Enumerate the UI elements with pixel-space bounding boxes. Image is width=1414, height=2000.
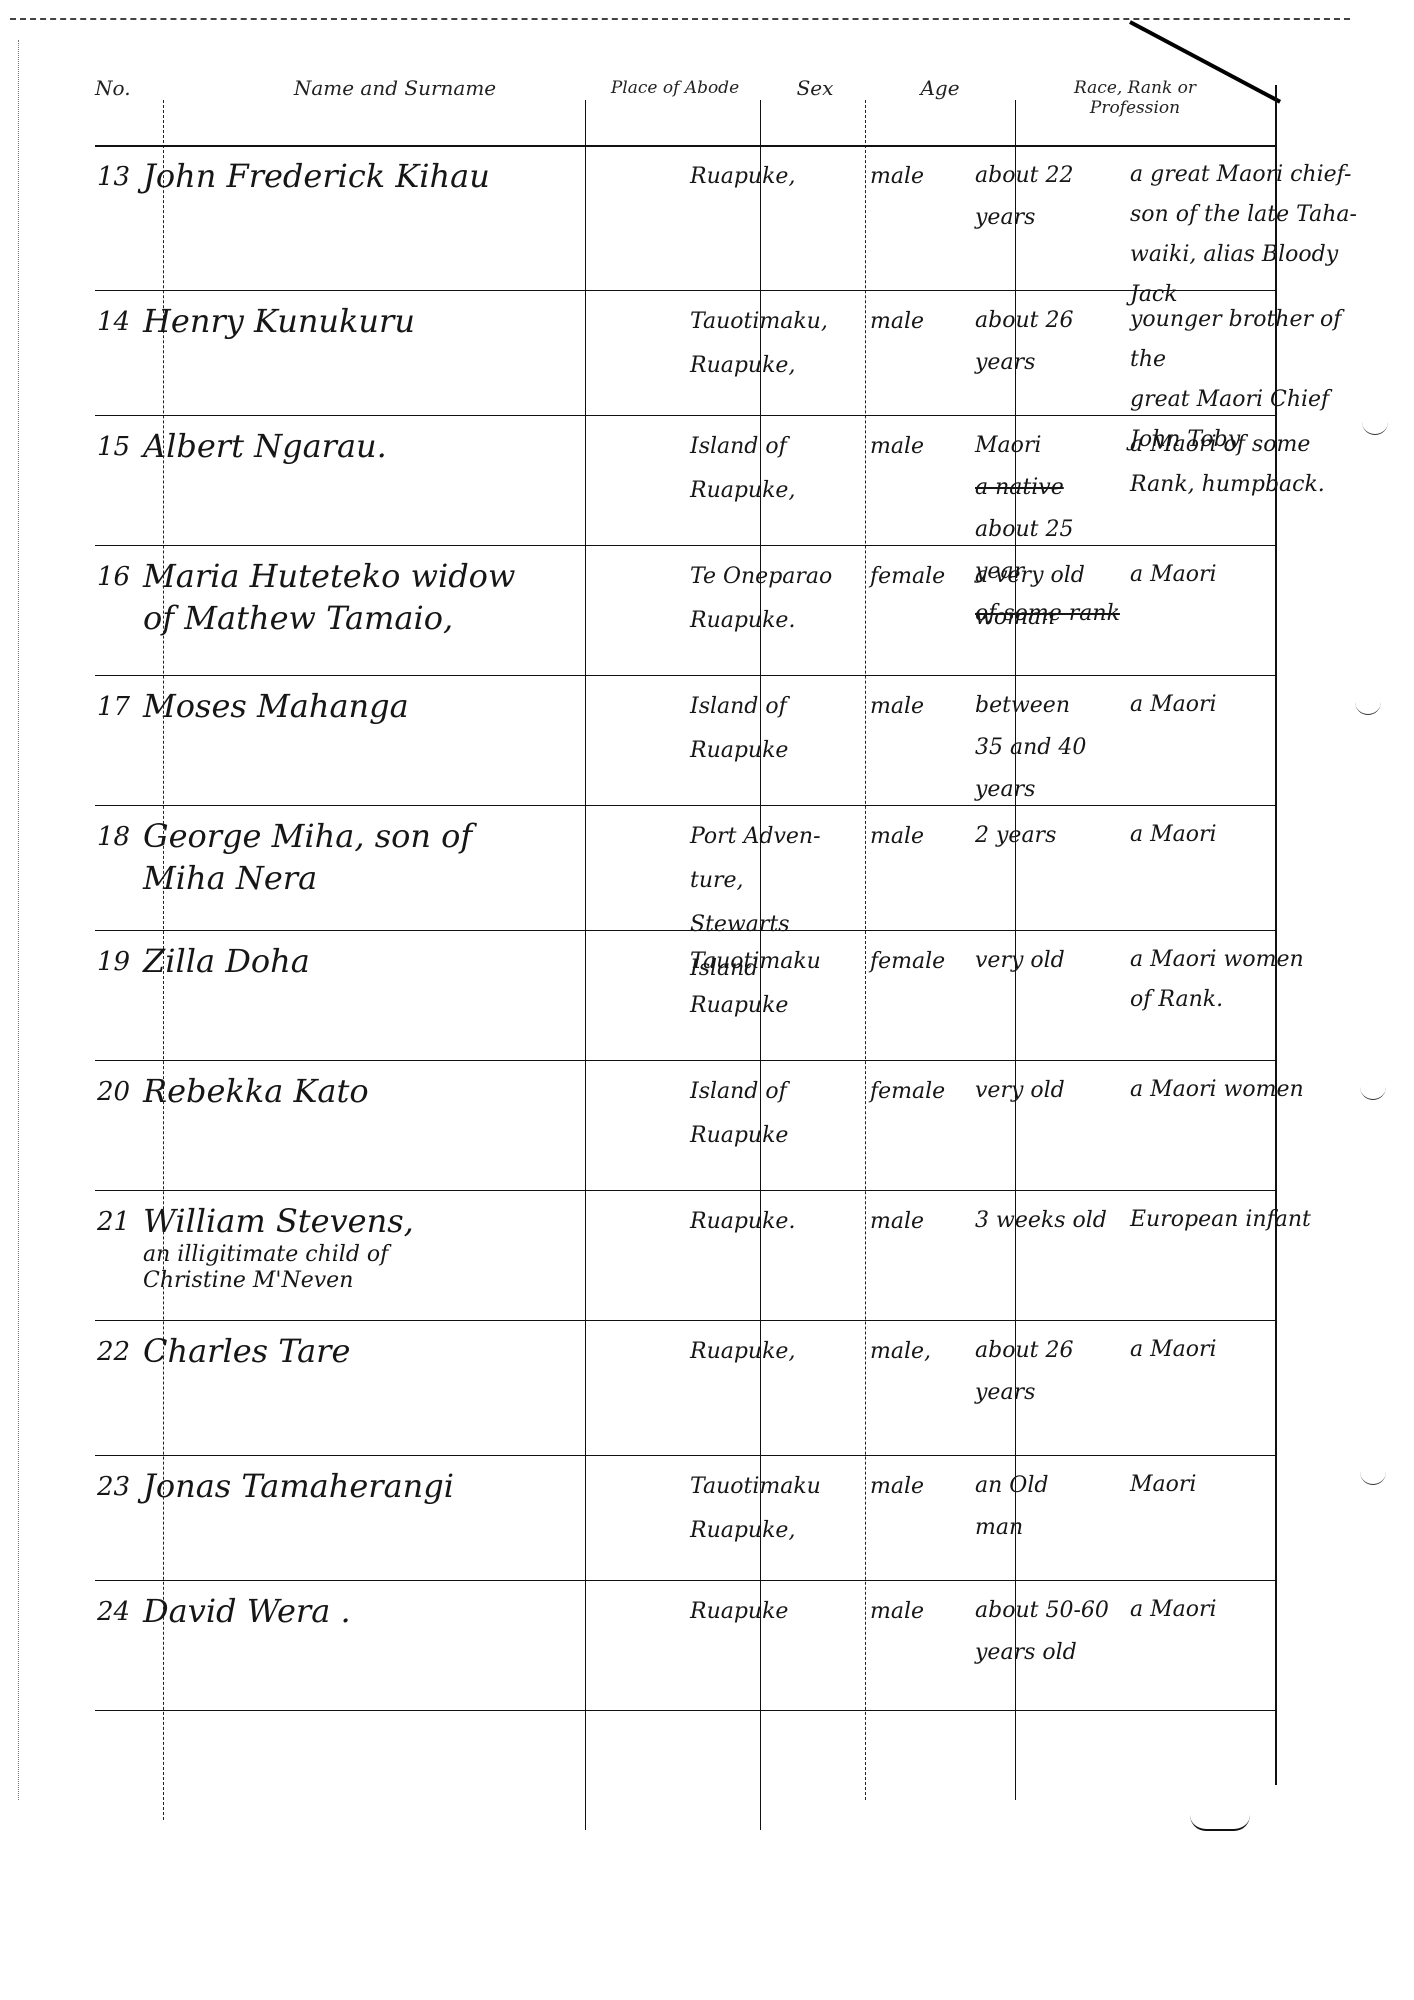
entry-name: John Frederick Kihau xyxy=(143,155,663,197)
entry-sex: male xyxy=(870,425,965,469)
register-row: 16 Maria Huteteko widow of Mathew Tamaio… xyxy=(95,545,1275,676)
header-age: Age xyxy=(885,78,995,98)
entry-name: Zilla Doha xyxy=(143,940,663,982)
entry-name: Moses Mahanga xyxy=(143,685,663,727)
register-row: 14 Henry Kunukuru Tauotimaku, Ruapuke, m… xyxy=(95,290,1275,416)
entry-number: 17 xyxy=(97,685,127,729)
entry-abode: Ruapuke. xyxy=(690,1200,850,1244)
entry-number: 13 xyxy=(97,155,127,199)
register-row: 19 Zilla Doha Tauotimaku Ruapuke female … xyxy=(95,930,1275,1061)
entry-sex: male xyxy=(870,1200,965,1244)
register-row: 17 Moses Mahanga Island of Ruapuke male … xyxy=(95,675,1275,806)
entry-age: an Old man xyxy=(975,1465,1120,1549)
entry-name: Charles Tare xyxy=(143,1330,663,1372)
entry-abode: Ruapuke, xyxy=(690,1330,850,1374)
entry-abode: Ruapuke, xyxy=(690,155,850,199)
left-margin-rule xyxy=(18,40,19,1800)
header-name: Name and Surname xyxy=(215,78,575,98)
entry-rank: a Maori xyxy=(1130,1330,1380,1370)
register-row: 13 John Frederick Kihau Ruapuke, male ab… xyxy=(95,145,1275,291)
header-abode: Place of Abode xyxy=(595,78,755,98)
register-row: 23 Jonas Tamaherangi Tauotimaku Ruapuke,… xyxy=(95,1455,1275,1581)
entry-abode: Island of Ruapuke xyxy=(690,1070,850,1158)
entry-name: Albert Ngarau. xyxy=(143,425,663,467)
entry-number: 23 xyxy=(97,1465,127,1509)
entry-name: William Stevens,an illigitimate child of… xyxy=(143,1200,663,1294)
entry-name: Henry Kunukuru xyxy=(143,300,663,342)
entry-name: Maria Huteteko widow of Mathew Tamaio, xyxy=(143,555,663,639)
entry-age: about 26 years xyxy=(975,300,1120,384)
entry-abode: Te Oneparao Ruapuke. xyxy=(690,555,850,643)
entry-age: a very old woman xyxy=(975,555,1120,639)
scanned-register-page: No. Name and Surname Place of Abode Sex … xyxy=(0,0,1414,2000)
entry-sex: male xyxy=(870,685,965,729)
entry-rank: European infant xyxy=(1130,1200,1380,1240)
entry-name: David Wera . xyxy=(143,1590,663,1632)
entry-age: very old xyxy=(975,940,1120,982)
entry-sex: male xyxy=(870,155,965,199)
entry-sex: male xyxy=(870,300,965,344)
entry-rank: a Maori of some Rank, humpback. xyxy=(1130,425,1380,505)
entry-number: 14 xyxy=(97,300,127,344)
entry-name: George Miha, son of Miha Nera xyxy=(143,815,663,899)
entry-abode: Island of Ruapuke xyxy=(690,685,850,773)
scan-edge-artifact xyxy=(10,18,1350,22)
entry-age: between 35 and 40 years xyxy=(975,685,1120,811)
entry-rank: a Maori women of Rank. xyxy=(1130,940,1380,1020)
register-header: No. Name and Surname Place of Abode Sex … xyxy=(95,70,1275,147)
age-struck-text: a native xyxy=(975,467,1120,509)
entry-number: 19 xyxy=(97,940,127,984)
register-row: 24 David Wera . Ruapuke male about 50-60… xyxy=(95,1580,1275,1711)
header-num: No. xyxy=(95,78,125,98)
entry-sex: female xyxy=(870,940,965,984)
entry-age: about 26 years xyxy=(975,1330,1120,1414)
register-row: 22 Charles Tare Ruapuke, male, about 26 … xyxy=(95,1320,1275,1456)
register-row: 20 Rebekka Kato Island of Ruapuke female… xyxy=(95,1060,1275,1191)
entry-abode: Tauotimaku Ruapuke xyxy=(690,940,850,1028)
header-sex: Sex xyxy=(770,78,860,98)
register-row: 15 Albert Ngarau. Island of Ruapuke, mal… xyxy=(95,415,1275,546)
entry-abode: Tauotimaku Ruapuke, xyxy=(690,1465,850,1553)
entry-sex: male xyxy=(870,1590,965,1634)
entry-abode: Island of Ruapuke, xyxy=(690,425,850,513)
entry-number: 18 xyxy=(97,815,127,859)
entry-abode: Ruapuke xyxy=(690,1590,850,1634)
entry-name: Rebekka Kato xyxy=(143,1070,663,1112)
entry-age: very old xyxy=(975,1070,1120,1112)
entry-sex: female xyxy=(870,555,965,599)
register-row: 21 William Stevens,an illigitimate child… xyxy=(95,1190,1275,1321)
entry-age: 3 weeks old xyxy=(975,1200,1120,1242)
entry-rank: Maori xyxy=(1130,1465,1380,1505)
entry-sex: female xyxy=(870,1070,965,1114)
register-row: 18 George Miha, son of Miha Nera Port Ad… xyxy=(95,805,1275,931)
entry-sex: male, xyxy=(870,1330,965,1374)
entry-abode: Tauotimaku, Ruapuke, xyxy=(690,300,850,388)
entry-name: Jonas Tamaherangi xyxy=(143,1465,663,1507)
entry-age: about 22 years xyxy=(975,155,1120,239)
entry-age: about 50-60 years old xyxy=(975,1590,1120,1674)
entry-number: 24 xyxy=(97,1590,127,1634)
entry-rank: a Maori xyxy=(1130,815,1380,855)
entry-name-note: an illigitimate child of Christine M'Nev… xyxy=(143,1242,663,1294)
entry-sex: male xyxy=(870,1465,965,1509)
entry-rank: a Maori xyxy=(1130,685,1380,725)
entry-number: 22 xyxy=(97,1330,127,1374)
bottom-ink-curl xyxy=(1190,1815,1250,1831)
entry-number: 20 xyxy=(97,1070,127,1114)
entry-number: 15 xyxy=(97,425,127,469)
entry-rank: a Maori women xyxy=(1130,1070,1380,1110)
entry-age: 2 years xyxy=(975,815,1120,857)
entry-number: 21 xyxy=(97,1200,127,1244)
entry-number: 16 xyxy=(97,555,127,599)
entry-rank: a Maori xyxy=(1130,555,1380,595)
entry-sex: male xyxy=(870,815,965,859)
entry-rank: a Maori xyxy=(1130,1590,1380,1630)
header-rank: Race, Rank or Profession xyxy=(1030,78,1240,118)
age-insertion: Maori xyxy=(975,425,1120,467)
